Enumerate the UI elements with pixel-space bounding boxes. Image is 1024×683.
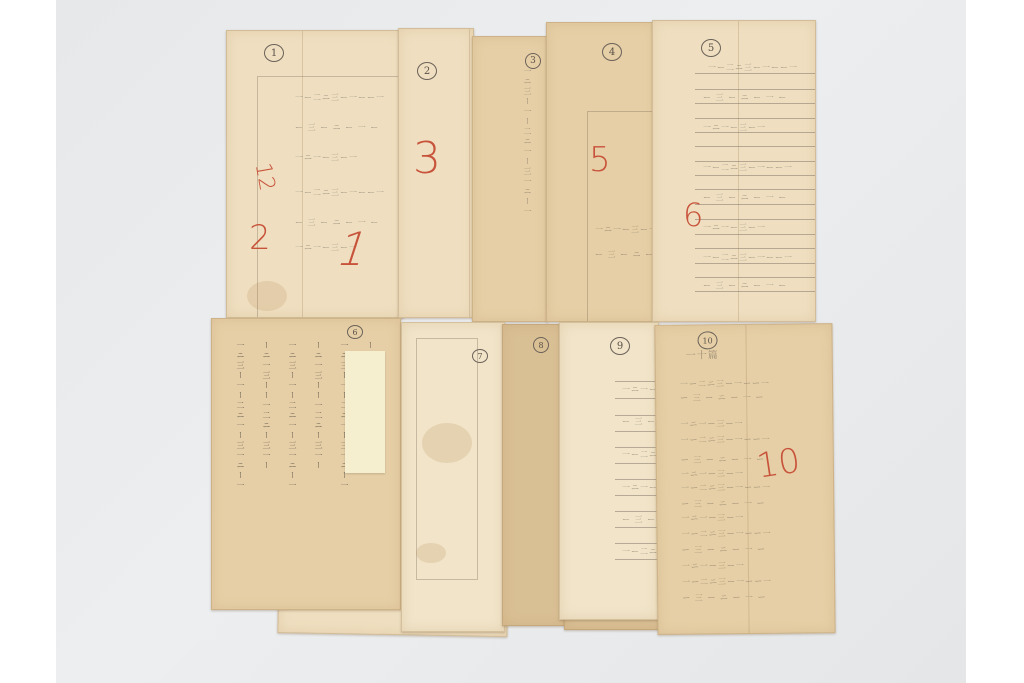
handwritten-text: ー 三 ー ニ ー 一 ー: [703, 279, 813, 292]
manuscript-sheet-1: 1 一ー二ニ三ー一ーー一 ー 三 ー ニ ー 一 ー 一ニ一ー三ー一 一ー二ニ三…: [226, 30, 404, 318]
handwritten-text: ー 三 ー ニ ー 一 ー: [703, 191, 813, 204]
handwritten-text: 一ニ三ー一ー二ニ一ー三一ニー一: [274, 341, 298, 576]
handwritten-text: 一ニ一ー三ー一: [680, 416, 830, 431]
manuscript-sheet-7: 7: [401, 322, 505, 632]
handwritten-text: ー 三 ー ニ ー 一 ー: [622, 415, 659, 428]
handwritten-text: 一ニ一ー三ー一: [703, 121, 813, 134]
handwritten-text: ー 三 ー ニ ー 一 ー: [703, 91, 813, 104]
page-number-circle: 4: [602, 43, 622, 61]
handwritten-text: ー 三 ー ニ ー 一 ー: [682, 590, 832, 605]
handwritten-text: 一ー二ニ三ー一ーー一: [703, 251, 813, 264]
page-number-circle: 7: [472, 349, 488, 363]
handwritten-text: 一ニ一ー三ー一: [622, 383, 659, 396]
page-number-circle: 8: [533, 337, 549, 353]
handwritten-text: 一ー二ニ三ー一ーー一: [622, 448, 659, 461]
handwritten-text: 一ー二ニ三ー一ーー一: [681, 480, 831, 495]
handwritten-text: ーニ一三ーー一二ニー三一ー: [300, 341, 324, 576]
page-number-circle: 5: [701, 39, 721, 57]
sticky-note-label: [345, 351, 385, 473]
manuscript-sheet-8: 8: [502, 324, 566, 626]
handwritten-text: ー 三 ー ニ ー 一 ー: [681, 496, 831, 511]
page-number-circle: 9: [610, 337, 630, 355]
red-pencil-mark: 3: [413, 137, 441, 181]
handwritten-text: 一ー二ニ三ー一ーー一: [680, 376, 830, 391]
manuscript-sheet-9: 9 一ニ一ー三ー一 ー 三 ー ニ ー 一 ー 一ー二ニ三ー一ーー一 一ニ一ー三…: [559, 322, 659, 620]
handwritten-text: 一ニ三ー一ー二ニ一ー三一ニー一: [222, 341, 246, 576]
handwritten-text: 一ニ一ー三ー一: [681, 510, 831, 525]
handwritten-text: 一ニ一ー三ー一: [595, 223, 655, 236]
manuscript-sheet-2: 2 3: [398, 28, 474, 318]
page-number-circle: 10: [697, 331, 717, 349]
handwritten-text: 一ニ三ー一ー二ニ一ー三一ニー一: [493, 67, 533, 267]
handwritten-text: 一ー二ニ三ー一ーー一: [682, 526, 832, 541]
handwritten-text: 一ー二ニ三ー一ーー一: [622, 545, 659, 558]
red-pencil-mark: 10: [755, 444, 803, 484]
red-pencil-mark: 6: [683, 199, 703, 231]
handwritten-text: ー 三 ー ニ ー 一 ー: [680, 390, 830, 405]
handwritten-text: ーニ一三ーー一二ニー三一ー: [248, 341, 272, 576]
red-pencil-mark: 2: [249, 221, 271, 255]
handwritten-text: 一ー二ニ三ー一ーー一: [682, 574, 832, 589]
handwritten-text: 一ー二ニ三ー一ーー一: [708, 61, 813, 74]
red-pencil-mark: 5: [589, 143, 611, 177]
manuscript-sheet-5: 5 一ー二ニ三ー一ーー一 ー 三 ー ニ ー 一 ー 一ニ一ー三ー一 一ー二ニ三…: [652, 20, 816, 322]
manuscript-sheet-3: 3 一ニ三ー一ー二ニ一ー三一ニー一: [472, 36, 548, 322]
handwritten-text: 一ー二ニ三ー一ーー一: [681, 432, 831, 447]
page-number-circle: 1: [264, 44, 284, 62]
handwritten-text: 一ニ一ー三ー一: [622, 481, 659, 494]
handwritten-text: ー 三 ー ニ ー 一 ー: [622, 513, 659, 526]
handwritten-text: ー 三 ー ニ ー 一 ー: [295, 121, 400, 134]
handwritten-text: 一ニ一ー三ー一: [703, 221, 813, 234]
handwritten-text: ー 三 ー ニ ー 一 ー: [595, 248, 655, 261]
document-photo: 1 一ー二ニ三ー一ーー一 ー 三 ー ニ ー 一 ー 一ニ一ー三ー一 一ー二ニ三…: [56, 0, 966, 683]
manuscript-sheet-10: 10 一十篇 一ー二ニ三ー一ーー一 ー 三 ー ニ ー 一 ー 一ニ一ー三ー一 …: [654, 323, 835, 635]
page-number-circle: 2: [417, 62, 437, 80]
handwritten-text: 一ニ一ー三ー一: [682, 558, 832, 573]
handwritten-text: 一ー二ニ三ー一ーー一: [295, 186, 400, 199]
handwritten-text: 一ニ一ー三ー一: [295, 151, 400, 164]
red-pencil-mark: 12: [251, 161, 278, 192]
manuscript-sheet-4: 4 5 一ニ一ー三ー一 ー 三 ー ニ ー 一 ー: [546, 22, 656, 322]
handwritten-text: 一ニ一ー三ー一: [681, 466, 831, 481]
manuscript-sheet-6: 6 一ニ三ー一ー二ニ一ー三一ニー一 ーニ一三ーー一二ニー三一ー 一ニ三ー一ー二ニ…: [211, 318, 401, 610]
handwritten-title: 一十篇: [686, 349, 766, 363]
page-number-circle: 6: [347, 325, 363, 339]
handwritten-text: 一ー二ニ三ー一ーー一: [703, 161, 813, 174]
handwritten-text: ー 三 ー ニ ー 一 ー: [682, 542, 832, 557]
